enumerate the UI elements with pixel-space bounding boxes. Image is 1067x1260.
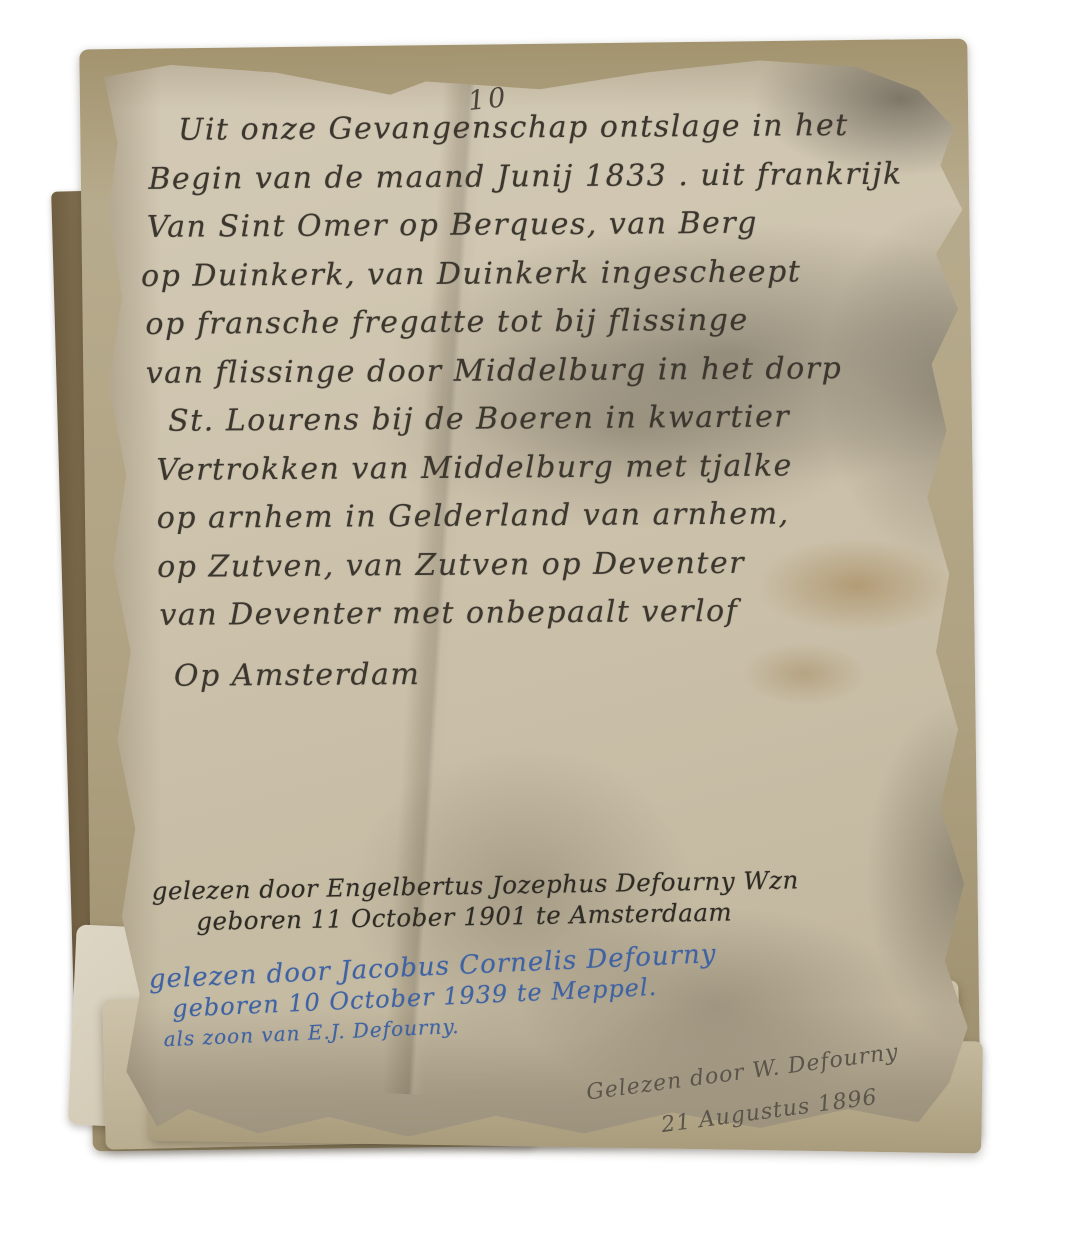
main-text-block: Uit onze Gevangenschap ontslage in het B… [140,101,994,701]
manuscript-line: op Zutven, van Zutven op Deventer [143,538,993,592]
manuscript-line: op arnhem in Gelderland van arnhem, [143,489,993,543]
manuscript-line: Van Sint Omer op Berques, van Berg [141,198,991,252]
manuscript-line: Vertrokken van Middelburg met tjalke [142,441,992,495]
annotation-pencil-1901: gelezen door Engelbertus Jozephus Defour… [152,864,800,937]
manuscript-line: Op Amsterdam [144,647,994,701]
manuscript-line: St. Lourens bij de Boeren in kwartier [142,392,992,446]
manuscript-line: van flissinge door Middelburg in het dor… [142,344,992,398]
manuscript-photo: 10 Uit onze Gevangenschap ontslage in he… [0,0,1067,1260]
manuscript-line: van Deventer met onbepaalt verlof [143,586,993,640]
manuscript-line: Uit onze Gevangenschap ontslage in het [140,101,990,155]
manuscript-line: Begin van de maand Junij 1833 . uit fran… [140,150,990,204]
manuscript-line: op Duinkerk, van Duinkerk ingescheept [141,247,991,301]
manuscript-line: op fransche fregatte tot bij flissinge [141,295,991,349]
